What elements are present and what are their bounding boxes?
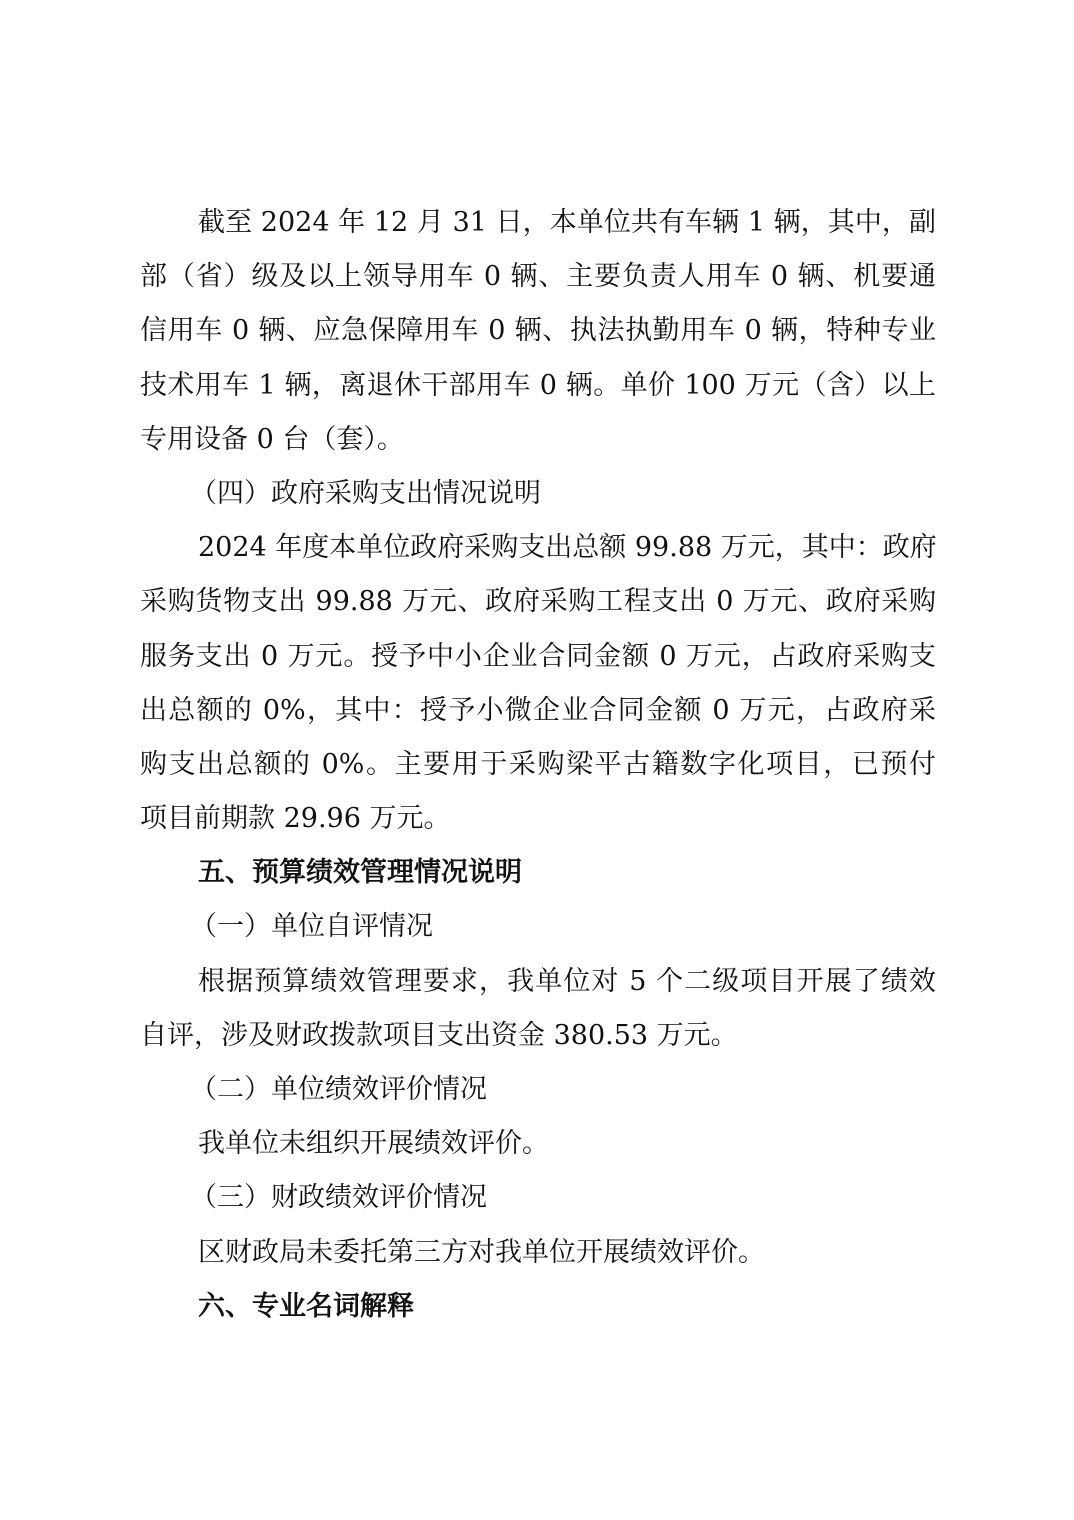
subsection-3-text: 区财政局未委托第三方对我单位开展绩效评价。: [140, 1226, 936, 1280]
paragraph-line: 采购货物支出 99.88 万元、政府采购工程支出 0 万元、政府采购: [140, 575, 936, 629]
paragraph-line: 部（省）级及以上领导用车 0 辆、主要负责人用车 0 辆、机要通: [140, 250, 936, 304]
paragraph-line: 专用设备 0 台（套）。: [140, 413, 936, 467]
chapter-6-heading: 六、专业名词解释: [140, 1280, 936, 1334]
procurement-paragraph: 2024 年度本单位政府采购支出总额 99.88 万元，其中：政府 采购货物支出…: [140, 521, 936, 846]
paragraph-line: 技术用车 1 辆，离退休干部用车 0 辆。单价 100 万元（含）以上: [140, 359, 936, 413]
paragraph-line: 出总额的 0%，其中：授予小微企业合同金额 0 万元，占政府采: [140, 684, 936, 738]
subsection-1-heading: （一）单位自评情况: [140, 900, 936, 954]
paragraph-line: 项目前期款 29.96 万元。: [140, 792, 936, 846]
paragraph-line: 根据预算绩效管理要求，我单位对 5 个二级项目开展了绩效: [140, 955, 936, 1009]
paragraph-line: 购支出总额的 0%。主要用于采购梁平古籍数字化项目，已预付: [140, 738, 936, 792]
subsection-2-heading: （二）单位绩效评价情况: [140, 1063, 936, 1117]
paragraph-line: 服务支出 0 万元。授予中小企业合同金额 0 万元，占政府采购支: [140, 630, 936, 684]
paragraph-line: 自评，涉及财政拨款项目支出资金 380.53 万元。: [140, 1009, 936, 1063]
chapter-5-heading: 五、预算绩效管理情况说明: [140, 846, 936, 900]
subsection-3-heading: （三）财政绩效评价情况: [140, 1171, 936, 1225]
vehicles-paragraph: 截至 2024 年 12 月 31 日，本单位共有车辆 1 辆，其中，副 部（省…: [140, 196, 936, 467]
paragraph-line: 信用车 0 辆、应急保障用车 0 辆、执法执勤用车 0 辆，特种专业: [140, 304, 936, 358]
self-evaluation-paragraph: 根据预算绩效管理要求，我单位对 5 个二级项目开展了绩效 自评，涉及财政拨款项目…: [140, 955, 936, 1063]
section-4-heading: （四）政府采购支出情况说明: [140, 467, 936, 521]
subsection-2-text: 我单位未组织开展绩效评价。: [140, 1117, 936, 1171]
document-page: 截至 2024 年 12 月 31 日，本单位共有车辆 1 辆，其中，副 部（省…: [140, 196, 936, 1334]
paragraph-line: 截至 2024 年 12 月 31 日，本单位共有车辆 1 辆，其中，副: [140, 196, 936, 250]
paragraph-line: 2024 年度本单位政府采购支出总额 99.88 万元，其中：政府: [140, 521, 936, 575]
